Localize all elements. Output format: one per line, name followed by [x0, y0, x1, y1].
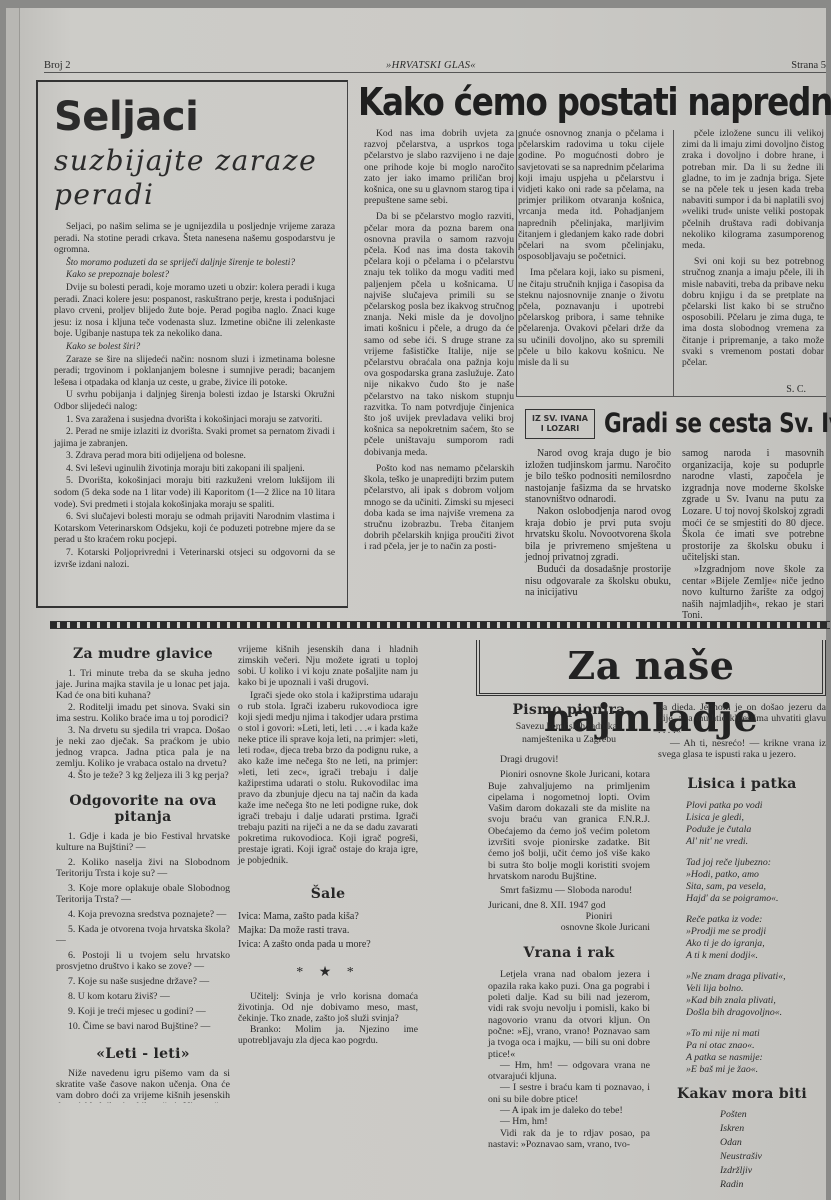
quality-item: Iskren: [720, 1122, 826, 1136]
paragraph: Kod nas ima dobrih uvjeta za razvoj pčel…: [364, 128, 514, 206]
page-binding-edge: [6, 8, 20, 1200]
poem-line: Sita, sam, pa vesela,: [686, 881, 826, 893]
gradi-column-1: Narod ovog kraja dugo je bio izložen tud…: [525, 448, 671, 599]
paragraph: Ivica: A zašto onda pada u more?: [238, 938, 418, 952]
paragraph: Majka: Da može rasti trava.: [238, 924, 418, 938]
addressee-line: namještenika u Zagrebu: [488, 733, 650, 746]
poem-line: Tad joj reče ljubezno:: [686, 857, 826, 869]
article-title-pcelari: Kako ćemo postati napredni pčelari: [358, 80, 762, 124]
poem-line: »Hodi, patko, amo: [686, 869, 826, 881]
poem-line: Došla bih dragovoljno«.: [686, 1007, 826, 1019]
location-label-line: IZ SV. IVANA: [526, 414, 594, 424]
poem-line: Poduže je čutala: [686, 824, 826, 836]
quality-item: Radin: [720, 1178, 826, 1192]
article-body: Seljaci, po našim selima se je ugnijezdi…: [54, 222, 335, 571]
joke-dialog: Učitelj: Svinja je vrlo korisna domaća ž…: [238, 991, 418, 1046]
section-heading: «Leti - leti»: [56, 1046, 230, 1062]
paragraph: 10. Čime se bavi narod Bujštine? —: [56, 1021, 230, 1032]
location-label-box: IZ SV. IVANA I LOZARI: [525, 409, 595, 439]
article-title-gradi: Gradi se cesta Sv. Ivan - Lozari: [604, 406, 828, 442]
poem-line: Pa ni otac znao«.: [686, 1040, 826, 1052]
paragraph: 9. Koji je treći mjesec u godini? —: [56, 1006, 230, 1017]
paragraph: 1. Gdje i kada je bio Festival hrvatske …: [56, 831, 230, 853]
paragraph: Seljaci, po našim selima se je ugnijezdi…: [54, 222, 335, 257]
poem-line: »Ne znam draga plivati«,: [686, 971, 826, 983]
paragraph: 7. Koje su naše susjedne države? —: [56, 976, 230, 987]
decorative-dotted-separator: [50, 621, 830, 629]
paragraph: 4. Što je teže? 3 kg željeza ili 3 kg pe…: [56, 770, 230, 781]
paragraph: Dvije su bolesti peradi, koje moramo uze…: [54, 283, 335, 341]
qualities-list: PoštenIskrenOdanNeustrašivIzdržljivRadin: [658, 1108, 826, 1192]
poem-line: A ti k meni dodji«.: [686, 950, 826, 962]
paragraph: pčele izložene suncu ili velikoj zimi da…: [682, 128, 824, 251]
letter-addressee: Savezu kemijskih radnika i namještenika …: [488, 720, 650, 746]
paragraph: Niže navedenu igru pišemo vam da si skra…: [56, 1068, 230, 1103]
quality-item: Pošten: [720, 1108, 826, 1122]
paragraph: 3. Na drvetu su sjedila tri vrapca. Doša…: [56, 725, 230, 769]
quality-item: Neustrašiv: [720, 1150, 826, 1164]
page-number: Strana 5: [791, 60, 826, 71]
paragraph: 7. Kotarski Poljoprivredni i Veterinarsk…: [54, 548, 335, 571]
paragraph: Igrači sjede oko stola i kažiprstima uda…: [238, 690, 418, 866]
quality-item: Odan: [720, 1136, 826, 1150]
section-heading: Pismo pionira: [488, 702, 650, 718]
quality-item: Izdržljiv: [720, 1164, 826, 1178]
kids-column-1: Za mudre glavice 1. Tri minute treba da …: [56, 642, 230, 1104]
paragraph: — A ipak im je daleko do tebe!: [488, 1105, 650, 1116]
paragraph: Budući da dosadašnje prostorije nisu odg…: [525, 564, 671, 599]
paragraph: 3. Koje more oplakuje obale Slobodnog Te…: [56, 883, 230, 905]
joke-dialog: Ivica: Mama, zašto pada kiša?Majka: Da m…: [238, 910, 418, 952]
paragraph: 1. Tri minute treba da se skuha jedno ja…: [56, 668, 230, 701]
paragraph: gnuće osnovnog znanja o pčelama i pčelar…: [518, 128, 664, 262]
paragraph: Branko: Molim ja. Njezino ime upotreblja…: [238, 1024, 418, 1046]
pcelari-column-2: gnuće osnovnog znanja o pčelama i pčelar…: [518, 128, 664, 373]
paragraph: Svi oni koji su bez potrebnog stručnog z…: [682, 256, 824, 368]
section-divider: [516, 396, 826, 397]
kids-column-2: vrijeme kišnih jesenskih dana i hladnih …: [238, 644, 418, 1046]
paragraph: Zaraze se šire na slijedeći način: nosno…: [54, 355, 335, 390]
letter-slogan: Smrt fašizmu — Sloboda narodu!: [488, 885, 650, 896]
paragraph: Pošto kod nas nemamo pčelarskih škola, t…: [364, 463, 514, 553]
article-subtitle: suzbijajte zaraze peradi: [54, 144, 335, 212]
poem: Plovi patka po vodiLisica je gledi,Poduž…: [658, 800, 826, 1076]
paragraph: 6. Postoji li u tvojem selu hrvatsko pro…: [56, 950, 230, 972]
paragraph: Učitelj: Svinja je vrlo korisna domaća ž…: [238, 991, 418, 1024]
poem-stanza: Tad joj reče ljubezno:»Hodi, patko, amoS…: [686, 857, 826, 905]
section-heading: Kakav mora biti: [658, 1086, 826, 1102]
paragraph: 6. Svi slučajevi bolesti moraju se odmah…: [54, 512, 335, 547]
poem-line: »E baš mi je žao«.: [686, 1064, 826, 1076]
poem-line: Al' nit' ne vredi.: [686, 836, 826, 848]
star-ornament-icon: * ★ *: [238, 964, 418, 981]
paragraph: Narod ovog kraja dugo je bio izložen tud…: [525, 448, 671, 506]
paragraph: ga djeda. Jednom je on došao jezeru da p…: [658, 702, 826, 736]
paragraph: Što moramo poduzeti da se spriječi daljn…: [54, 258, 335, 270]
paragraph: 4. Svi leševi uginulih životinja moraju …: [54, 464, 335, 476]
poem-stanza: Reče patka iz vode:»Prodji me se prodjiA…: [686, 914, 826, 962]
paragraph: samog naroda i masovnih organizacija, ko…: [682, 448, 824, 564]
article-title: Seljaci: [54, 96, 335, 138]
poem-line: »Prodji me se prodji: [686, 926, 826, 938]
paragraph: »Izgradnjom nove škole za centar »Bijele…: [682, 564, 824, 622]
kids-section-banner: Za naše najmladje: [476, 640, 826, 696]
location-label-line: I LOZARI: [526, 424, 594, 434]
paragraph: vrijeme kišnih jesenskih dana i hladnih …: [238, 644, 418, 688]
section-heading: Šale: [238, 886, 418, 902]
letter-greeting: Dragi drugovi!: [488, 754, 650, 765]
letter-date: Juricani, dne 8. XII. 1947 god: [488, 900, 650, 911]
poem-line: »To mi nije ni mati: [686, 1028, 826, 1040]
paragraph: 4. Koja prevozna sredstva poznajete? —: [56, 909, 230, 920]
paragraph: — Ah ti, nesrećo! — krikne vrana iz sveg…: [658, 738, 826, 761]
newspaper-name: »HRVATSKI GLAS«: [386, 60, 476, 71]
paragraph: 8. U kom kotaru živiš? —: [56, 991, 230, 1002]
poem-line: Veli lija bolno.: [686, 983, 826, 995]
pcelari-column-1: Kod nas ima dobrih uvjeta za razvoj pčel…: [364, 128, 514, 558]
paragraph: 3. Zdrava perad mora biti odijeljena od …: [54, 451, 335, 463]
poem-line: Hajd' da se poigramo«.: [686, 893, 826, 905]
poem-line: Ako ti je do igranja,: [686, 938, 826, 950]
paragraph: Letjela vrana nad obalom jezera i opazil…: [488, 969, 650, 1059]
letter-signed: osnovne škole Juricani: [488, 922, 650, 933]
column-divider: [516, 130, 517, 396]
paragraph: — I sestre i braću kam ti poznavao, i on…: [488, 1082, 650, 1105]
gradi-column-2: samog naroda i masovnih organizacija, ko…: [682, 448, 824, 622]
paragraph: — Hm, hm! — odgovara vrana ne otvarajući…: [488, 1060, 650, 1083]
issue-number: Broj 2: [44, 60, 71, 71]
poem-line: Reče patka iz vode:: [686, 914, 826, 926]
poem-stanza: Plovi patka po vodiLisica je gledi,Poduž…: [686, 800, 826, 848]
paragraph: Da bi se pčelarstvo moglo razviti, pčela…: [364, 211, 514, 457]
paragraph: 5. Kada je otvorena tvoja hrvatska škola…: [56, 924, 230, 946]
paragraph: Ima pčelara koji, iako su pismeni, ne či…: [518, 267, 664, 368]
paragraph: 1. Sva zaražena i susjedna dvorišta i ko…: [54, 415, 335, 427]
poem-stanza: »Ne znam draga plivati«,Veli lija bolno.…: [686, 971, 826, 1019]
letter-body: Pioniri osnovne škole Juricani, kotara B…: [488, 769, 650, 882]
addressee-line: Savezu kemijskih radnika i: [488, 720, 650, 733]
paragraph: 2. Koliko naselja živi na Slobodnom Teri…: [56, 857, 230, 879]
poem-line: A patka se nasmije:: [686, 1052, 826, 1064]
pcelari-column-3: pčele izložene suncu ili velikoj zimi da…: [682, 128, 824, 373]
paragraph: Kako se prepoznaje bolest?: [54, 270, 335, 282]
kids-column-3: Pismo pionira Savezu kemijskih radnika i…: [488, 702, 650, 1150]
article-signature: S. C.: [682, 384, 824, 395]
poem-line: Plovi patka po vodi: [686, 800, 826, 812]
paragraph: Ivica: Mama, zašto pada kiša?: [238, 910, 418, 924]
article-seljaci: Seljaci suzbijajte zaraze peradi Seljaci…: [36, 80, 348, 608]
poem-line: Lisica je gledi,: [686, 812, 826, 824]
riddle-list: 1. Tri minute treba da se skuha jedno ja…: [56, 668, 230, 781]
story-body: Letjela vrana nad obalom jezera i opazil…: [488, 969, 650, 1150]
page-header: Broj 2 »HRVATSKI GLAS« Strana 5: [44, 61, 826, 73]
paragraph: Vidi rak da je to rdjav posao, pa nastav…: [488, 1128, 650, 1151]
section-heading: Odgovorite na ova pitanja: [56, 793, 230, 825]
paragraph: 2. Roditelji imadu pet sinova. Svaki sin…: [56, 702, 230, 724]
column-divider: [673, 130, 674, 396]
section-heading: Za mudre glavice: [56, 646, 230, 662]
kids-column-4: ga djeda. Jednom je on došao jezeru da p…: [658, 702, 826, 1192]
paragraph: Nakon oslobodjenja narod ovog kraja dobi…: [525, 506, 671, 564]
paragraph: 5. Dvorišta, kokošinjaci moraju biti raz…: [54, 476, 335, 511]
paragraph: 2. Perad ne smije izlaziti iz dvorišta. …: [54, 427, 335, 450]
section-heading: Lisica i patka: [658, 776, 826, 792]
letter-signed: Pioniri: [488, 911, 650, 922]
paragraph: — Hm, hm!: [488, 1116, 650, 1127]
poem-stanza: »To mi nije ni matiPa ni otac znao«.A pa…: [686, 1028, 826, 1076]
paragraph: U svrhu pobijanja i daljnjeg širenja bol…: [54, 390, 335, 413]
question-list: 1. Gdje i kada je bio Festival hrvatske …: [56, 831, 230, 1032]
newspaper-page: Broj 2 »HRVATSKI GLAS« Strana 5 Seljaci …: [6, 8, 826, 1200]
paragraph: Kako se bolest širi?: [54, 342, 335, 354]
poem-line: »Kad bih znala plivati,: [686, 995, 826, 1007]
section-heading: Vrana i rak: [488, 945, 650, 961]
